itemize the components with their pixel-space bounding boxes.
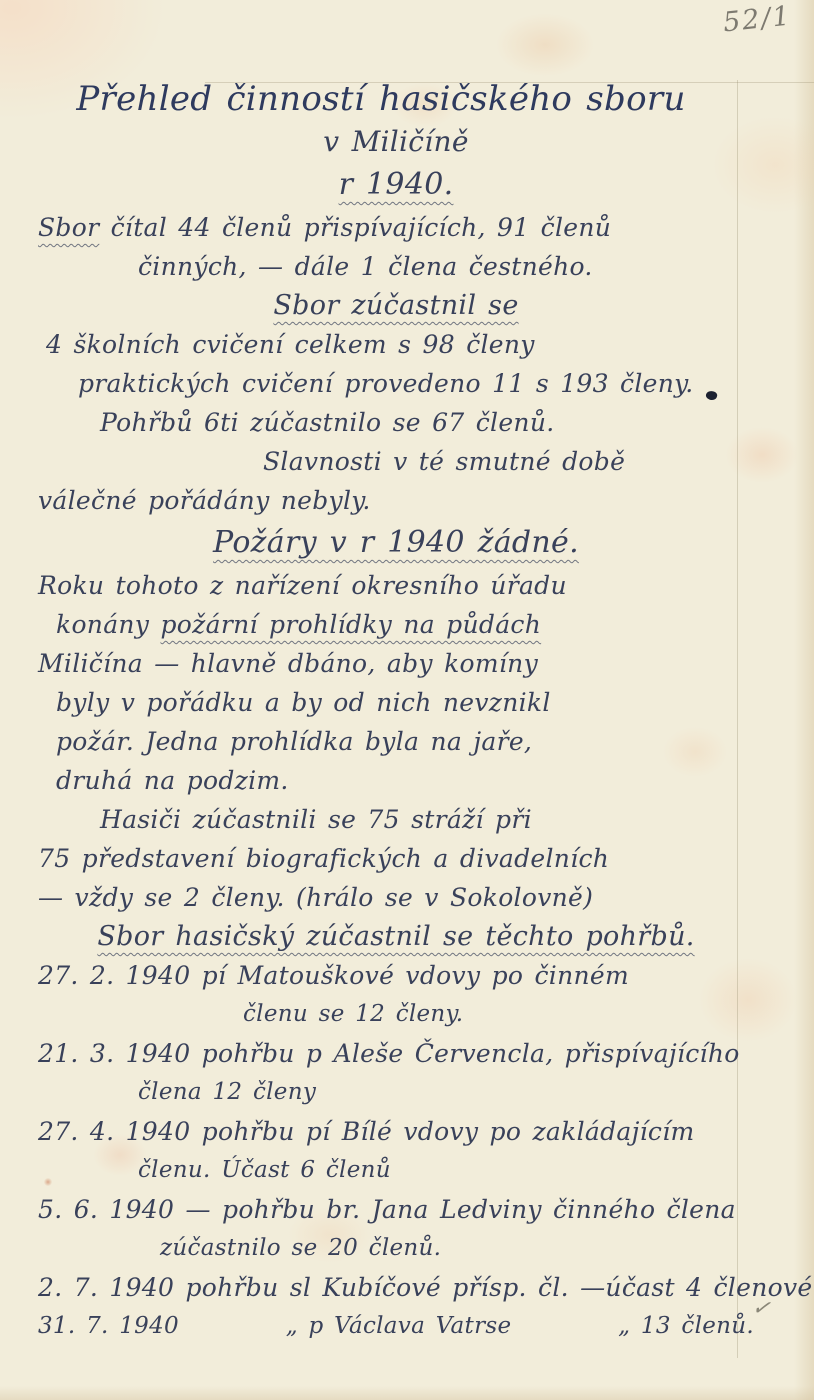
membership-line-2: činných, — dále 1 člena čestného. bbox=[138, 247, 754, 286]
participation-line-2: praktických cvičení provedeno 11 s 193 č… bbox=[78, 364, 754, 403]
fires-line-3: Miličína — hlavně dbáno, aby komíny bbox=[38, 644, 754, 683]
fires-line-6: druhá na podzim. bbox=[56, 761, 754, 800]
page-number: 52/1 bbox=[722, 0, 794, 38]
funeral-entry-1-line-2: členu se 12 členy. bbox=[243, 995, 754, 1034]
funeral-entry-1-line-1: 27. 2. 1940 pí Matouškové vdovy po činné… bbox=[38, 956, 754, 995]
funerals-heading: Sbor hasičský zúčastnil se těchto pohřbů… bbox=[38, 917, 754, 956]
manuscript-page: 52/1 Přehled činností hasičského sboru v… bbox=[0, 0, 814, 1400]
fires-line-2-underlined: požární prohlídky na půdách bbox=[160, 610, 541, 639]
manuscript-text: Přehled činností hasičského sboru v Mili… bbox=[38, 76, 754, 1346]
funeral-entry-3-line-2: členu. Účast 6 členů bbox=[138, 1151, 754, 1190]
funeral-entry-2-line-2: člena 12 členy bbox=[138, 1073, 754, 1112]
funeral-entry-5-line-1: 2. 7. 1940 pohřbu sl Kubíčové přísp. čl.… bbox=[38, 1268, 754, 1307]
funeral-entry-6-date: 31. 7. 1940 bbox=[38, 1307, 179, 1346]
title-line-1: Přehled činností hasičského sboru bbox=[38, 76, 724, 122]
participation-heading: Sbor zúčastnil se bbox=[38, 286, 754, 325]
funeral-entry-6-name: „ p Václava Vatrse bbox=[286, 1307, 512, 1346]
fires-line-1: Roku tohoto z nařízení okresního úřadu bbox=[38, 566, 754, 605]
guards-line-3: — vždy se 2 členy. (hrálo se v Sokolovně… bbox=[38, 878, 754, 917]
fires-line-2: konány požární prohlídky na půdách bbox=[56, 605, 754, 644]
guards-line-1: Hasiči zúčastnili se 75 stráží při bbox=[100, 800, 754, 839]
festivities-line-2: válečné pořádány nebyly. bbox=[38, 481, 754, 520]
funeral-entry-6-line-1: 31. 7. 1940„ p Václava Vatrse„ 13 členů. bbox=[38, 1307, 754, 1346]
funeral-entry-4-line-2: zúčastnilo se 20 členů. bbox=[160, 1229, 754, 1268]
funeral-entry-5-count: účast 4 členové bbox=[605, 1268, 812, 1307]
funeral-entry-3-line-1: 27. 4. 1940 pohřbu pí Bílé vdovy po zakl… bbox=[38, 1112, 754, 1151]
membership-line-1: Sbor čítal 44 členů přispívajících, 91 č… bbox=[38, 208, 754, 247]
membership-lead-word: Sbor bbox=[38, 213, 99, 242]
participation-heading-text: Sbor zúčastnil se bbox=[273, 290, 518, 321]
title-line-2: v Miličíně bbox=[38, 122, 754, 162]
fires-heading: Požáry v r 1940 žádné. bbox=[38, 520, 754, 566]
fires-line-2-lead: konány bbox=[56, 610, 160, 639]
funeral-entry-2-line-1: 21. 3. 1940 pohřbu p Aleše Červencla, př… bbox=[38, 1034, 754, 1073]
festivities-line-1: Slavnosti v té smutné době bbox=[263, 442, 754, 481]
fires-line-4: byly v pořádku a by od nich nevznikl bbox=[56, 683, 754, 722]
funeral-entry-6-count: „ 13 členů. bbox=[618, 1307, 754, 1346]
guards-line-2: 75 představení biografických a divadelní… bbox=[38, 839, 754, 878]
participation-line-1: 4 školních cvičení celkem s 98 členy bbox=[46, 325, 754, 364]
title-line-3: r 1940. bbox=[38, 162, 754, 208]
funeral-entry-5-text: 2. 7. 1940 pohřbu sl Kubíčové přísp. čl.… bbox=[38, 1268, 605, 1307]
participation-line-3: Pohřbů 6ti zúčastnilo se 67 členů. bbox=[100, 403, 754, 442]
funerals-heading-text: Sbor hasičský zúčastnil se těchto pohřbů… bbox=[97, 921, 694, 952]
fires-line-5: požár. Jedna prohlídka byla na jaře, bbox=[56, 722, 754, 761]
pencil-checkmark: ✓ bbox=[750, 1295, 772, 1322]
fires-heading-text: Požáry v r 1940 žádné. bbox=[213, 525, 579, 560]
funeral-entry-4-line-1: 5. 6. 1940 — pohřbu br. Jana Ledviny čin… bbox=[38, 1190, 754, 1229]
title-year: r 1940. bbox=[339, 167, 454, 202]
membership-line-1-rest: čítal 44 členů přispívajících, 91 členů bbox=[99, 213, 611, 242]
